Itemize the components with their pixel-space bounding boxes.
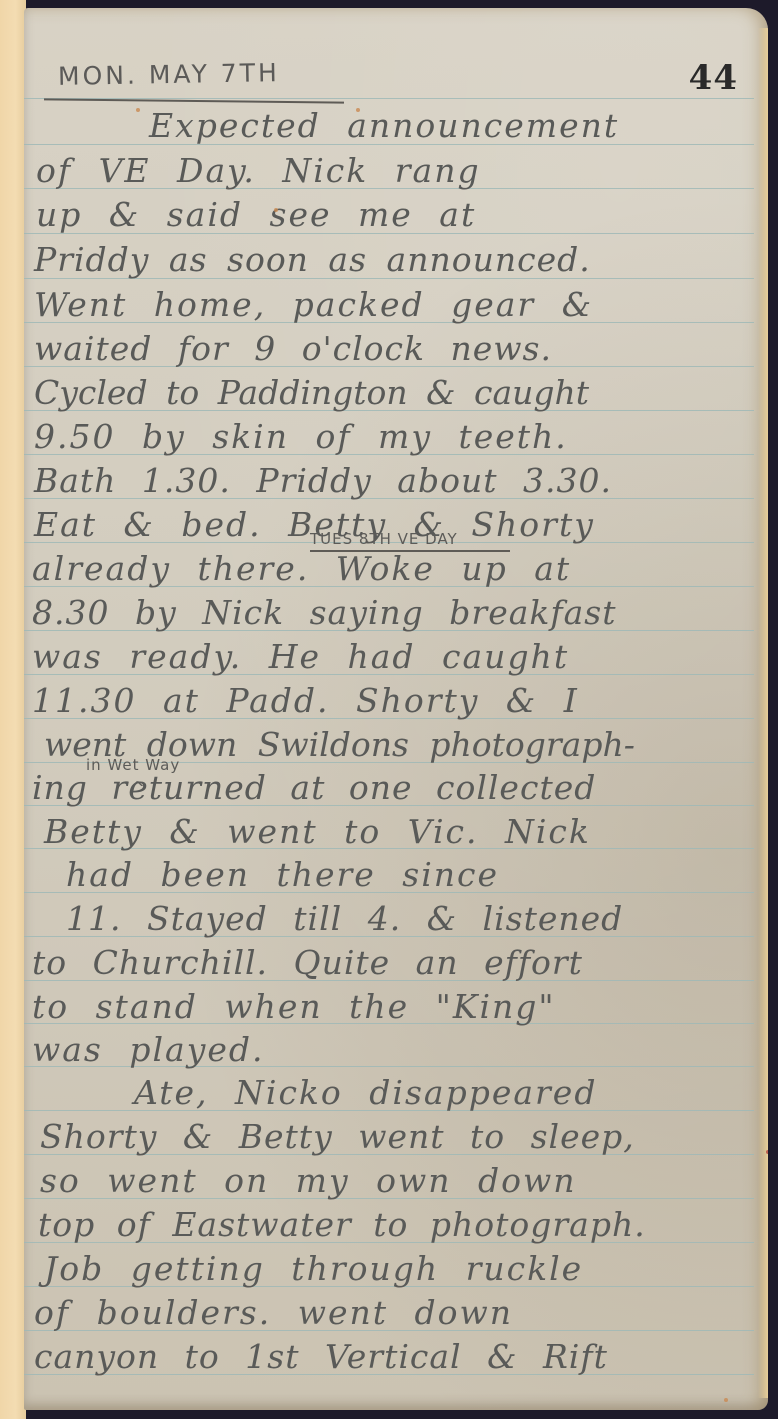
notebook-binding [0,0,26,1419]
handwritten-line: 8.30 by Nick saying breakfast [32,593,616,632]
handwritten-line: 11.30 at Padd. Shorty & I [32,681,579,720]
handwritten-line: ing returned at one collected [32,768,596,807]
date-heading: MON. MAY 7TH [58,58,280,91]
inserted-day-heading: TUES 8TH VE DAY [310,530,458,548]
paper-speck [724,1398,728,1402]
handwritten-line: canyon to 1st Vertical & Rift [34,1337,608,1376]
handwritten-line: 11. Stayed till 4. & listened [66,899,623,938]
handwritten-line: already there. Woke up at [32,549,571,588]
handwritten-line: to Churchill. Quite an effort [32,943,583,982]
handwritten-line: top of Eastwater to photograph. [38,1205,646,1244]
handwritten-line: was played. [32,1030,265,1069]
handwritten-line: to stand when the "King" [32,987,556,1026]
handwritten-line: Expected announcement [149,106,619,145]
handwritten-line: Went home, packed gear & [34,285,593,324]
paper-speck [274,208,278,212]
handwritten-line: Job getting through ruckle [44,1249,583,1288]
handwritten-line: was ready. He had caught [32,637,569,676]
handwritten-line: of VE Day. Nick rang [36,151,481,190]
paper-speck [136,108,140,112]
date-underline [44,98,344,103]
handwritten-line: 9.50 by skin of my teeth. [34,417,568,456]
handwritten-line: of boulders. went down [34,1293,513,1332]
handwritten-line: Betty & went to Vic. Nick [44,812,591,851]
handwritten-line: Bath 1.30. Priddy about 3.30. [34,461,612,500]
paper-speck [356,108,360,112]
handwritten-line: up & said see me at [36,195,476,234]
handwritten-line: Cycled to Paddington & caught [34,373,589,412]
handwritten-line: so went on my own down [40,1161,576,1200]
handwritten-line: Ate, Nicko disappeared [134,1073,597,1112]
diary-page: MON. MAY 7TH 44 Expected announcement of… [24,8,768,1410]
page-edge [758,28,768,1398]
paper-speck [766,1150,768,1154]
handwritten-line: had been there since [66,855,499,894]
page-number: 44 [689,58,738,98]
diary-photo: MON. MAY 7TH 44 Expected announcement of… [0,0,778,1419]
handwritten-line: Priddy as soon as announced. [34,240,591,279]
handwritten-line: Shorty & Betty went to sleep, [40,1117,635,1156]
handwritten-line: waited for 9 o'clock news. [34,329,552,368]
